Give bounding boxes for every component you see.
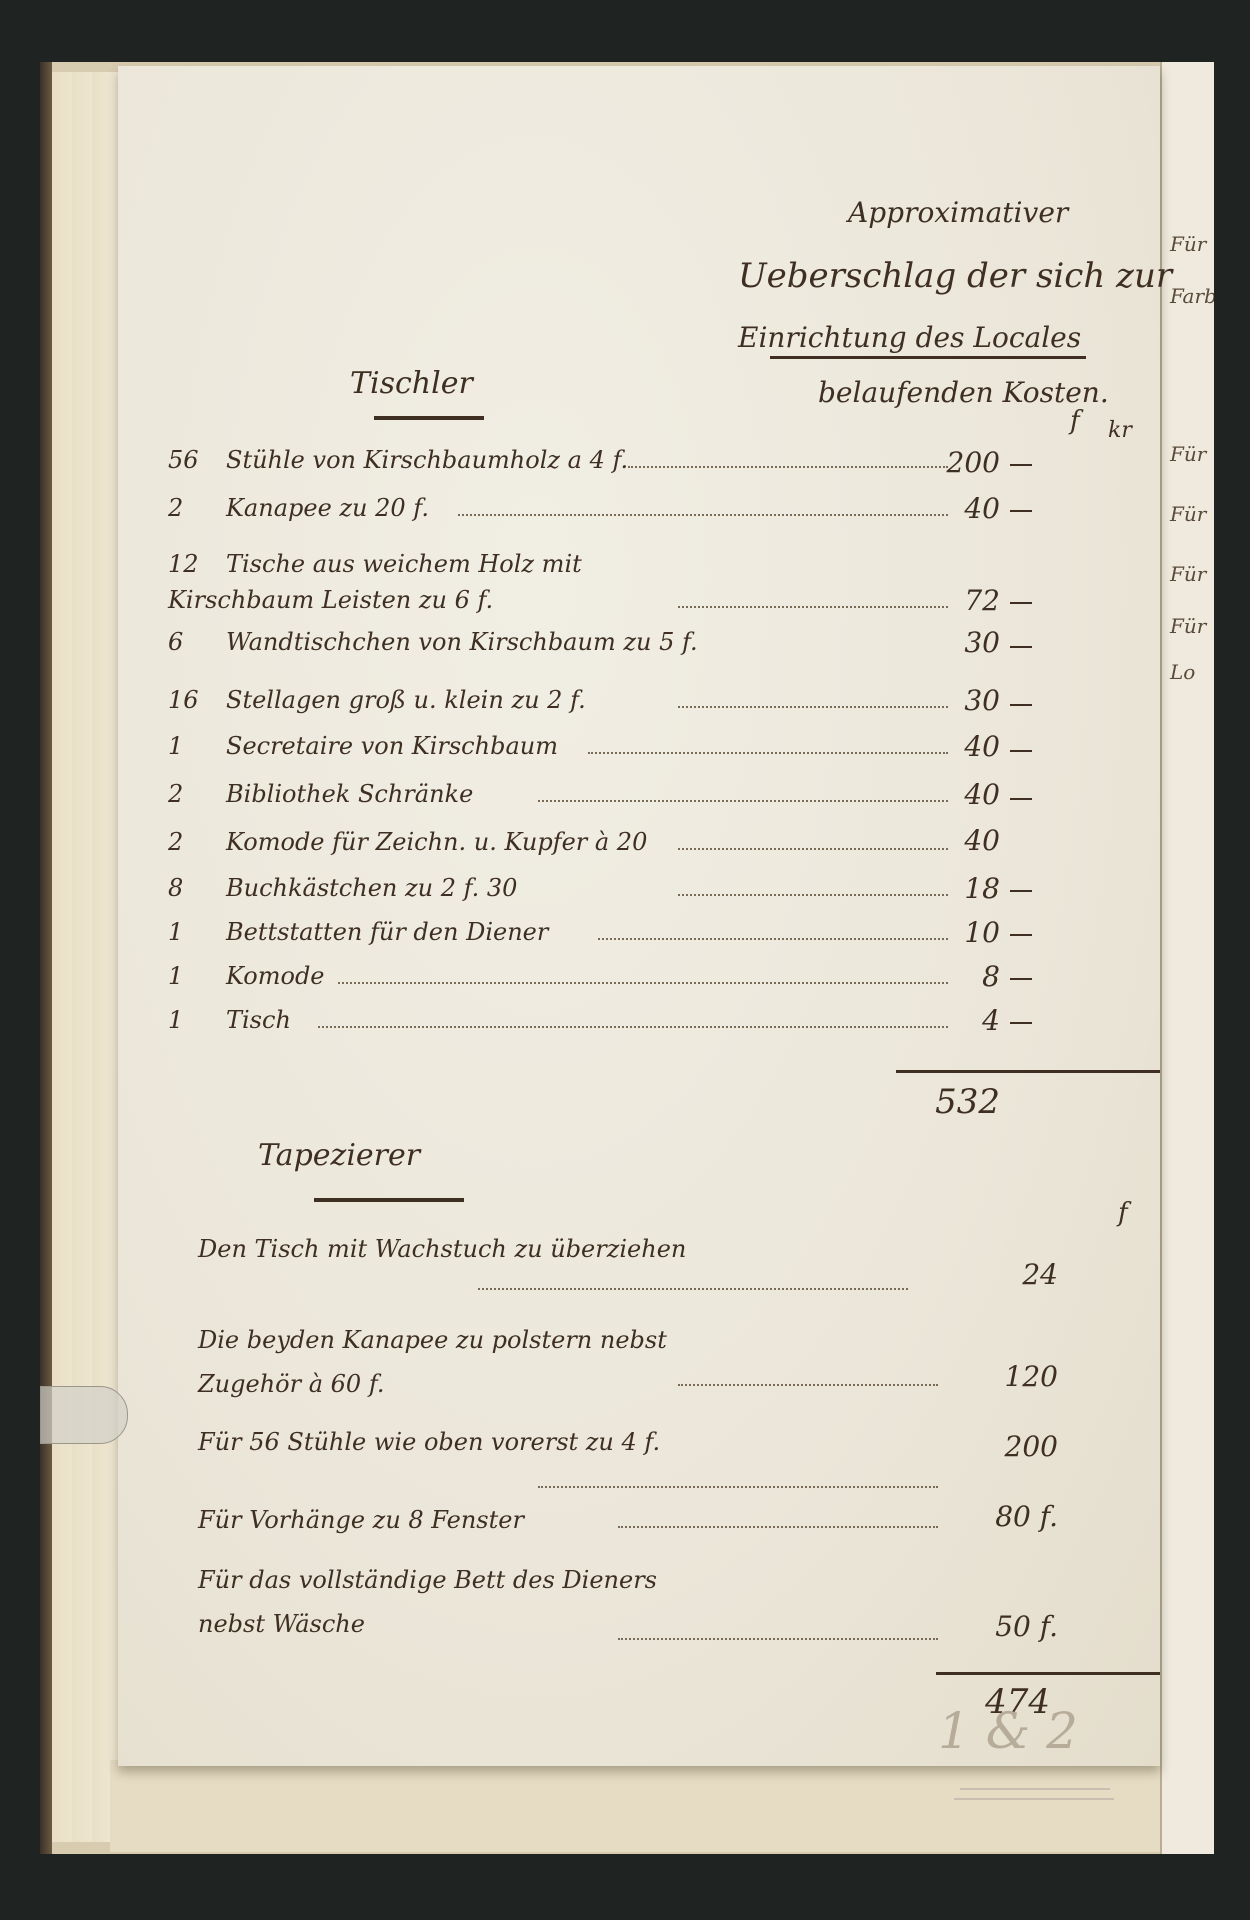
subtotal-rule [936,1672,1160,1675]
line-item: 56Stühle von Kirschbaumholz a 4 f. [168,446,628,474]
leader-dots [458,514,948,516]
fragment-text: Für [1170,502,1206,526]
item-amount: 8 [890,960,1000,993]
item-amount: 10 [890,916,1000,949]
manuscript-page: Approximativer Ueberschlag der sich zur … [118,66,1160,1766]
pencil-underline [960,1788,1110,1790]
fragment-text: Farb [1170,284,1214,308]
item-text: Tische aus weichem Holz mit Kirschbaum L… [168,550,582,614]
item-text: Komode [226,962,325,990]
item-text: Wandtischchen von Kirschbaum zu 5 f. [226,628,698,656]
item-qty: 2 [168,828,226,856]
leader-dots [478,1288,908,1290]
line-item: 1Tisch [168,1006,291,1034]
leader-dots [538,1486,938,1488]
section-heading-tischler: Tischler [350,366,473,401]
item-amount: 24 [948,1258,1058,1291]
pencil-underline [954,1798,1114,1800]
line-item: 2Kanapee zu 20 f. [168,494,429,522]
item-text: Für Vorhänge zu 8 Fenster [198,1506,524,1534]
leader-dots [538,800,948,802]
item-qty: 1 [168,918,226,946]
line-item: 2Bibliothek Schränke [168,780,473,808]
item-amount: 80 f. [948,1500,1058,1533]
section-heading-tapezierer: Tapezierer [258,1138,420,1173]
line-item: Für das vollständige Bett des Dieners ne… [198,1558,678,1646]
fragment-text: Für [1170,562,1206,586]
item-qty: 1 [168,962,226,990]
item-text: Buchkästchen zu 2 f. 30 [226,874,517,902]
item-text: Tisch [226,1006,291,1034]
kreuzer-dash [1010,704,1032,706]
item-text: Komode für Zeichn. u. Kupfer à 20 [226,828,647,856]
kreuzer-dash [1010,934,1032,936]
subtotal-rule [896,1070,1160,1073]
fragment-text: Für [1170,442,1206,466]
line-item: 1Komode [168,962,325,990]
line-item: 12Tische aus weichem Holz mit Kirschbaum… [168,546,688,618]
kreuzer-dash [1010,464,1032,466]
item-text: Für 56 Stühle wie oben vorerst zu 4 f. [198,1428,660,1456]
line-item: Die beyden Kanapee zu polstern nebst Zug… [198,1318,718,1406]
item-qty: 8 [168,874,226,902]
item-amount: 200 [890,446,1000,479]
leader-dots [678,1384,938,1386]
item-amount: 120 [948,1360,1058,1393]
leader-dots [318,1026,948,1028]
item-amount: 18 [890,872,1000,905]
currency-gulden-header: f [1070,406,1080,436]
fragment-text: Für [1170,232,1206,256]
book-binding [40,62,52,1854]
title-underline [770,356,1086,359]
item-text: Für das vollständige Bett des Dieners ne… [198,1566,657,1638]
item-amount: 30 [890,626,1000,659]
kreuzer-dash [1010,978,1032,980]
line-item: 8Buchkästchen zu 2 f. 30 [168,874,517,902]
item-text: Den Tisch mit Wachstuch zu überziehen [198,1235,686,1263]
line-item: 6Wandtischchen von Kirschbaum zu 5 f. [168,628,698,656]
binding-tab [40,1386,128,1444]
kreuzer-dash [1010,1022,1032,1024]
item-qty: 16 [168,686,226,714]
item-amount: 40 [890,824,1000,857]
item-text: Die beyden Kanapee zu polstern nebst Zug… [198,1326,667,1398]
item-amount: 50 f. [948,1610,1058,1643]
leader-dots [618,1526,938,1528]
kreuzer-dash [1010,646,1032,648]
item-amount: 4 [890,1004,1000,1037]
line-item: 16Stellagen groß u. klein zu 2 f. [168,686,586,714]
section-total-tischler: 532 [880,1082,1000,1122]
fragment-text: Lo [1170,660,1195,684]
currency-kreuzer-header: kr [1108,418,1132,443]
item-qty: 12 [168,546,226,582]
item-text: Bettstatten für den Diener [226,918,548,946]
page-stack-edge [92,72,119,1842]
item-qty: 2 [168,494,226,522]
item-text: Bibliothek Schränke [226,780,473,808]
line-item: 2Komode für Zeichn. u. Kupfer à 20 [168,828,647,856]
pencil-folio-mark: 1 & 2 [938,1702,1078,1760]
title-line: Einrichtung des Locales [738,321,1081,354]
title-line: Approximativer [848,196,1068,229]
item-qty: 1 [168,732,226,760]
item-text: Secretaire von Kirschbaum [226,732,558,760]
title-line: belaufenden Kosten. [818,376,1109,409]
item-amount: 72 [890,584,1000,617]
item-qty: 1 [168,1006,226,1034]
line-item: 1Bettstatten für den Diener [168,918,548,946]
section-underline [314,1198,464,1202]
item-text: Kanapee zu 20 f. [226,494,429,522]
kreuzer-dash [1010,798,1032,800]
leader-dots [618,1638,938,1640]
line-item: Den Tisch mit Wachstuch zu überziehen [198,1228,698,1270]
item-text: Stellagen groß u. klein zu 2 f. [226,686,586,714]
kreuzer-dash [1010,890,1032,892]
item-qty: 6 [168,628,226,656]
kreuzer-dash [1010,602,1032,604]
line-item: Für 56 Stühle wie oben vorerst zu 4 f. [198,1420,698,1464]
leader-dots [338,982,948,984]
currency-gulden-header: f [1118,1198,1128,1228]
item-text: Stühle von Kirschbaumholz a 4 f. [226,446,628,474]
item-amount: 200 [948,1430,1058,1463]
item-amount: 30 [890,684,1000,717]
section-underline [374,416,484,420]
title-line: Ueberschlag der sich zur [738,256,1172,296]
item-qty: 2 [168,780,226,808]
item-amount: 40 [890,492,1000,525]
kreuzer-dash [1010,510,1032,512]
item-amount: 40 [890,778,1000,811]
adjacent-page-fragment: Für Farb Für Für Für Für Lo [1160,62,1214,1854]
item-qty: 56 [168,446,226,474]
item-amount: 40 [890,730,1000,763]
line-item: 1Secretaire von Kirschbaum [168,732,558,760]
fragment-text: Für [1170,614,1206,638]
underlying-page [110,1760,1160,1852]
line-item: Für Vorhänge zu 8 Fenster [198,1506,524,1534]
kreuzer-dash [1010,750,1032,752]
